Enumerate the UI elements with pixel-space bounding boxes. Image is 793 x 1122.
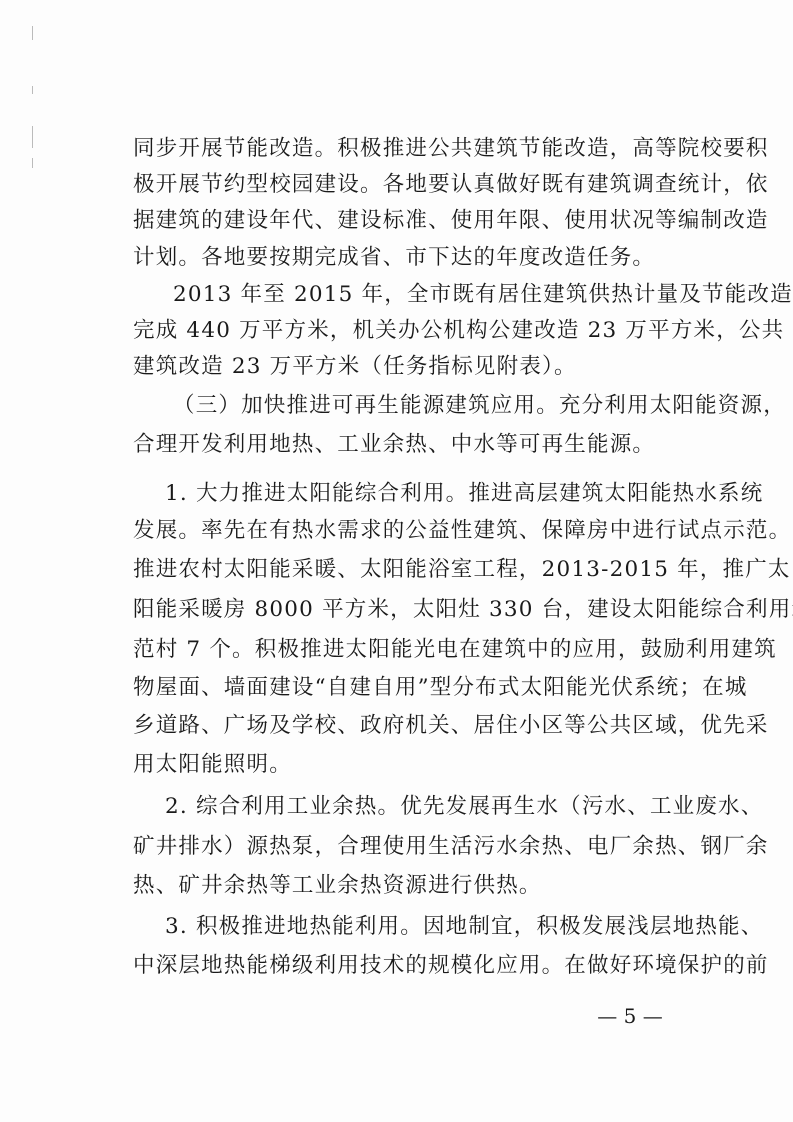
text-line: 1. 大力推进太阳能综合利用。推进高层建筑太阳能热水系统 <box>165 481 708 507</box>
text-line: 推进农村太阳能采暖、太阳能浴室工程，2013-2015 年，推广太 <box>133 557 708 583</box>
text-line: 3. 积极推进地热能利用。因地制宜，积极发展浅层地热能、 <box>165 914 708 940</box>
text-line: 完成 440 万平方米，机关办公机构公建改造 23 万平方米，公共 <box>133 318 708 344</box>
text-line: 中深层地热能梯级利用技术的规模化应用。在做好环境保护的前 <box>133 953 708 979</box>
text-line: 范村 7 个。积极推进太阳能光电在建筑中的应用，鼓励利用建筑 <box>133 637 708 663</box>
text-line: 极开展节约型校园建设。各地要认真做好既有建筑调查统计，依 <box>133 172 708 198</box>
text-line: 计划。各地要按期完成省、市下达的年度改造任务。 <box>133 245 708 271</box>
text-line: 同步开展节能改造。积极推进公共建筑节能改造，高等院校要积 <box>133 136 708 162</box>
scan-artifact-marks <box>32 26 36 176</box>
text-line: 2. 综合利用工业余热。优先发展再生水（污水、工业废水、 <box>165 794 708 820</box>
text-line: 建筑改造 23 万平方米（任务指标见附表）。 <box>133 354 708 380</box>
page-number: — 5 — <box>590 1004 670 1028</box>
text-line: 热、矿井余热等工业余热资源进行供热。 <box>133 873 708 899</box>
text-line: （三）加快推进可再生能源建筑应用。充分利用太阳能资源， <box>173 393 708 419</box>
text-line: 矿井排水）源热泵，合理使用生活污水余热、电厂余热、钢厂余 <box>133 834 708 860</box>
text-line: 用太阳能照明。 <box>133 752 708 778</box>
document-page: 同步开展节能改造。积极推进公共建筑节能改造，高等院校要积极开展节约型校园建设。各… <box>0 0 793 1122</box>
text-line: 阳能采暖房 8000 平方米，太阳灶 330 台，建设太阳能综合利用示 <box>133 597 708 623</box>
text-line: 发展。率先在有热水需求的公益性建筑、保障房中进行试点示范。 <box>133 518 708 544</box>
text-line: 物屋面、墙面建设“自建自用”型分布式太阳能光伏系统；在城 <box>133 675 708 701</box>
text-line: 据建筑的建设年代、建设标准、使用年限、使用状况等编制改造 <box>133 208 708 234</box>
text-line: 合理开发利用地热、工业余热、中水等可再生能源。 <box>133 432 708 458</box>
text-line: 2013 年至 2015 年，全市既有居住建筑供热计量及节能改造 <box>173 282 708 308</box>
text-line: 乡道路、广场及学校、政府机关、居住小区等公共区域，优先采 <box>133 713 708 739</box>
